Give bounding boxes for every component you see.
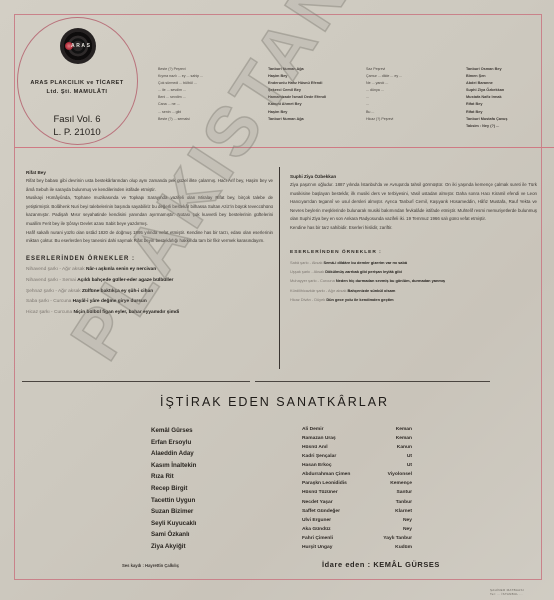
instrumentalist-row: Fahri ÇimenliYaylı Tanbur: [302, 534, 412, 543]
song-title: ... dünya ...: [366, 87, 402, 94]
printer-credit: ŞAHİNER MATBAASI Tel: ... İSTANBUL ...: [490, 588, 524, 596]
company-name: ARAS PLAKCILIK ve TİCARET Ltd. Şti. MAMU…: [22, 79, 132, 97]
vocalist-name: Ziya Akyiğit: [151, 541, 196, 553]
bio-text: Ziya paşa'nın oğludur. 1887 yılında İsta…: [290, 181, 537, 233]
logo-text: ARAS: [71, 43, 92, 49]
musician-name: Hüsnü Anıl: [302, 443, 328, 452]
works-list: Nihavend şarkı - Ağır aksak Nâr-ı aşkınl…: [26, 265, 273, 320]
vocalist-name: Rıza Rit: [151, 471, 196, 483]
musician-name: Hurşit Ungay: [302, 543, 332, 552]
musician-name: Abdurrahman Çimen: [302, 470, 350, 479]
sound-engineer: Ses kaydı : Hayrettin Çalkılıç: [122, 563, 179, 568]
conductor: İdare eden : KEMÂL GÜRSES: [322, 560, 440, 569]
artists-heading: İŞTİRAK EDEN SANATKÂRLAR: [160, 395, 389, 409]
composer-name: Bimen Şen: [466, 73, 508, 80]
song-title: Bu ...: [366, 109, 402, 116]
work-title: Dün gece yolu ile kendimden geçtim: [326, 297, 393, 302]
instrument-name: Ut: [407, 452, 412, 461]
bio-suphi-ziya: Suphi Ziya Özbekkan Ziya paşa'nın oğludu…: [290, 174, 537, 305]
bio-rifat-bey: Rifat Bey Rifat bey babası gibi devrinin…: [26, 170, 273, 319]
vocalist-name: Tacettin Uygun: [151, 495, 196, 507]
composer-name: Tanburi Numan Ağa: [268, 66, 326, 73]
side-a-songs: Beste (?) PeşreviKıyma nazlı ... ey ... …: [158, 66, 203, 123]
bio-paragraph: Kendine has bir tarz sahibidir. Eserleri…: [290, 224, 537, 233]
instrumentalist-row: Ulvi ErgunerNey: [302, 516, 412, 525]
composer-name: Mustafa Nafiz Irmak: [466, 94, 508, 101]
vocalists-list: Kemâl GürsesErfan ErsoyluAlaeddin AdayKa…: [151, 425, 196, 553]
vocalist-name: Recep Birgit: [151, 483, 196, 495]
instrumentalist-row: Hurşit UngayKudüm: [302, 543, 412, 552]
instrument-name: Viyolonsel: [388, 470, 412, 479]
section-divider: [255, 381, 490, 382]
song-title: Beni ... sevdim ...: [158, 94, 203, 101]
work-item: Uşşak şarkı - Aksak Dökülmüş zarrbak gib…: [290, 267, 537, 276]
composer-name: Kanuni Ahmet Bey: [268, 101, 326, 108]
composer-name: Tanburi Mustafa Çavuş: [466, 116, 508, 123]
song-title: ... ile ... sevdim ...: [158, 87, 203, 94]
song-title: ... senin ... gibi: [158, 109, 203, 116]
work-form: Nihavend şarkı - Semai: [26, 278, 77, 283]
instrumentalist-row: Abdurrahman ÇimenViyolonsel: [302, 470, 412, 479]
musician-name: Aka Gündüz: [302, 525, 331, 534]
work-title: Nâr-ı aşkınla senin ey nercivan: [86, 267, 156, 272]
side-a-composers: Tanburi Numan AğaHaşim BeyEnderunlu Hafı…: [268, 66, 326, 123]
bio-title: Rifat Bey: [26, 170, 273, 175]
instrument-name: Yaylı Tanbur: [383, 534, 412, 543]
work-item: Hicaz Divân - Düyek Dün gece yolu ile ke…: [290, 295, 537, 304]
work-form: Kürdilihicazkâr şarkı - Ağır aksak: [290, 288, 348, 293]
song-title: Cana ... ne ...: [158, 101, 203, 108]
vocalist-name: Seyli Kuyucaklı: [151, 518, 196, 530]
song-title: ...: [366, 101, 402, 108]
musician-name: Hasan Erkoç: [302, 461, 332, 470]
instrumentalist-row: Hüsnü AnılKanun: [302, 443, 412, 452]
work-form: Muhayyer şarkı - Curcuna: [290, 278, 336, 283]
section-divider: [22, 381, 250, 382]
song-title: Hicaz (?) Peşrevi: [366, 116, 402, 123]
musician-name: Necdet Yaşar: [302, 498, 333, 507]
musician-name: Ali Demir: [302, 425, 323, 434]
musician-name: Saffet Gündeğer: [302, 507, 340, 516]
bio-title: Suphi Ziya Özbekkan: [290, 174, 537, 179]
work-item: Şehnaz şarkı - Ağır aksak Zülfüne baktık…: [26, 287, 273, 298]
composer-name: Haşim Bey: [268, 73, 326, 80]
musician-name: Kadri Şençalar: [302, 452, 336, 461]
musician-name: Ulvi Erguner: [302, 516, 331, 525]
instrument-name: Kanun: [397, 443, 412, 452]
composer-name: Haşim Bey: [268, 109, 326, 116]
instrument-name: Ut: [407, 461, 412, 470]
instrument-name: Kemençe: [390, 479, 412, 488]
works-list: Sabâ şarkı - Aksak Semâ-i dildâre bu dem…: [290, 258, 537, 305]
musician-name: Paraşkn Leonididis: [302, 479, 347, 488]
side-b-composers: Tanburi Osman BeyBimen ŞenAbdei BaranneS…: [466, 66, 508, 130]
musician-name: Hüsnü Tüzüner: [302, 488, 338, 497]
bio-paragraph: Ziya paşa'nın oğludur. 1887 yılında İsta…: [290, 181, 537, 224]
catalog-number: L. P. 21010: [22, 126, 132, 139]
song-title: Beste (?) Peşrevi: [158, 66, 203, 73]
instrument-name: Klarnet: [395, 507, 412, 516]
work-form: Sabâ şarkı - Aksak: [290, 260, 324, 265]
aras-logo-icon: ARAS: [60, 28, 96, 64]
composer-name: Hamamizade İsmail Dede Efendi: [268, 94, 326, 101]
work-form: Hicaz şarkı - Curcuna: [26, 310, 73, 315]
song-title: Ne ... yandı ...: [366, 80, 402, 87]
composer-name: Taksim : Ney (?) ...: [466, 123, 508, 130]
work-title: Dökülmüş zarrbak gibi perişan leylâk gib…: [325, 269, 402, 274]
work-title: Niçin bülbül figan eyler, bahar eyyamıdı…: [73, 310, 179, 315]
instrumentalist-row: Hüsnü TüzünerSantur: [302, 488, 412, 497]
instrumentalist-row: Aka GündüzNey: [302, 525, 412, 534]
header-divider: [14, 147, 554, 148]
bio-paragraph: Rifat bey babası gibi devrinin usta best…: [26, 177, 273, 194]
vocalist-name: Suzan Bizimer: [151, 506, 196, 518]
work-form: Saba şarkı - Curcuna: [26, 299, 73, 304]
composer-name: Rifat Bey: [466, 109, 508, 116]
work-item: Nihavend şarkı - Ağır aksak Nâr-ı aşkınl…: [26, 265, 273, 276]
song-title: Çamur ... dilde ... ey ...: [366, 73, 402, 80]
composer-name: Rifat Bey: [466, 101, 508, 108]
instrument-name: Tanbur: [396, 498, 412, 507]
work-title: Hayâl-i yâre değme girye dursun: [73, 299, 147, 304]
instrument-name: Keman: [396, 434, 412, 443]
work-item: Nihavend şarkı - Semai Açıldı bahçede gü…: [26, 276, 273, 287]
vocalist-name: Erfan Ersoylu: [151, 437, 196, 449]
works-title: ESERLERİNDEN ÖRNEKLER :: [290, 250, 537, 255]
work-form: Uşşak şarkı - Aksak: [290, 269, 325, 274]
instrumentalist-row: Ramazan UraşKeman: [302, 434, 412, 443]
vocalist-name: Alaeddin Aday: [151, 448, 196, 460]
bio-paragraph: Musikayi Hümâyûnda, Tophane muzikasında …: [26, 194, 273, 228]
vocalist-name: Sami Özkanlı: [151, 529, 196, 541]
instrument-name: Ney: [403, 516, 412, 525]
bio-text: Rifat bey babası gibi devrinin usta best…: [26, 177, 273, 246]
song-title: ...: [366, 94, 402, 101]
work-form: Hicaz Divân - Düyek: [290, 297, 326, 302]
work-title: Bahçenizde sünbül olsam: [348, 288, 396, 293]
bio-paragraph: Hafif sakallı nurani yüzlü olan üstâd 18…: [26, 229, 273, 246]
vocalist-name: Kasım İnaltekin: [151, 460, 196, 472]
side-b-songs: Saz PeşreviÇamur ... dilde ... ey ...Ne …: [366, 66, 402, 123]
instrumentalist-row: Hasan ErkoçUt: [302, 461, 412, 470]
work-title: Zülfüne baktıkça ey şûh-i cihan: [82, 289, 153, 294]
work-item: Hicaz şarkı - Curcuna Niçin bülbül figan…: [26, 308, 273, 319]
song-title: Beste (?) ... semaisi: [158, 116, 203, 123]
musician-name: Fahri Çimenli: [302, 534, 333, 543]
instrumentalist-row: Saffet GündeğerKlarnet: [302, 507, 412, 516]
instrument-name: Kudüm: [395, 543, 412, 552]
composer-name: Enderunlu Hafız Hüsnü Efendi: [268, 80, 326, 87]
musician-name: Ramazan Uraş: [302, 434, 336, 443]
composer-name: Abdei Baranne: [466, 80, 508, 87]
instrumentalist-row: Ali DemirKeman: [302, 425, 412, 434]
work-item: Saba şarkı - Curcuna Hayâl-i yâre değme …: [26, 297, 273, 308]
works-title: ESERLERİNDEN ÖRNEKLER :: [26, 256, 273, 262]
work-title: Açıldı bahçede güller-eder agaze bülbüll…: [77, 278, 173, 283]
work-form: Nihavend şarkı - Ağır aksak: [26, 267, 86, 272]
album-id: Fasıl Vol. 6 L. P. 21010: [22, 113, 132, 139]
composer-name: Şekerci Cemil Bey: [268, 87, 326, 94]
work-title: Neden hiç durmadan sevmiş bu gönlüm, dur…: [336, 278, 445, 283]
instrumentalist-row: Kadri ŞençalarUt: [302, 452, 412, 461]
instrumentalist-row: Paraşkn LeonididisKemençe: [302, 479, 412, 488]
composer-name: Tanburi Osman Bey: [466, 66, 508, 73]
vocalist-name: Kemâl Gürses: [151, 425, 196, 437]
instrumentalists-list: Ali DemirKemanRamazan UraşKemanHüsnü Anı…: [302, 425, 412, 552]
composer-name: Tanburi Numan Ağa: [268, 116, 326, 123]
column-divider: [279, 167, 280, 369]
composer-name: Suphi Ziya Özbekkan: [466, 87, 508, 94]
instrument-name: Santur: [397, 488, 413, 497]
work-item: Muhayyer şarkı - Curcuna Neden hiç durma…: [290, 276, 537, 285]
series-title: Fasıl Vol. 6: [22, 113, 132, 126]
song-title: Saz Peşrevi: [366, 66, 402, 73]
instrument-name: Keman: [396, 425, 412, 434]
work-form: Şehnaz şarkı - Ağır aksak: [26, 289, 82, 294]
song-title: Kıyma nazlı ... ey ... sahip ...: [158, 73, 203, 80]
work-item: Sabâ şarkı - Aksak Semâ-i dildâre bu dem…: [290, 258, 537, 267]
instrumentalist-row: Necdet YaşarTanbur: [302, 498, 412, 507]
instrument-name: Ney: [403, 525, 412, 534]
work-title: Semâ-i dildâre bu demler gizerim var mı …: [324, 260, 407, 265]
work-item: Kürdilihicazkâr şarkı - Ağır aksak Bahçe…: [290, 286, 537, 295]
song-title: Çok sürmedi ... bülbül ...: [158, 80, 203, 87]
